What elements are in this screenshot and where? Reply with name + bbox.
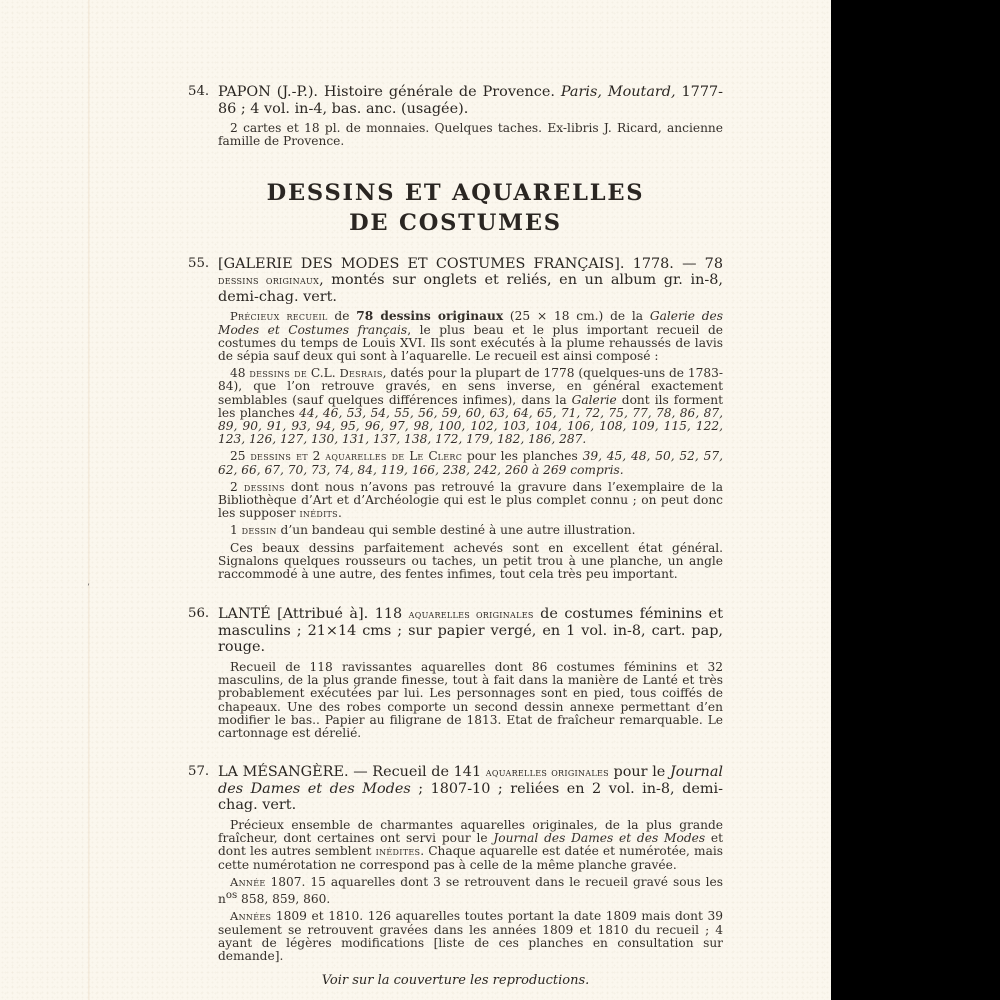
catalogue-entry-54: 54. PAPON (J.-P.). Histoire générale de …	[188, 84, 723, 149]
entry-notes: Précieux ensemble de charmantes aquarell…	[188, 819, 723, 963]
section-title-line1: DESSINS ET AQUARELLES	[188, 178, 723, 208]
entry-notes: Précieux recueil de 78 dessins originaux…	[188, 310, 723, 581]
entry-note-paragraph: 25 dessins et 2 aquarelles de Le Clerc p…	[218, 450, 723, 476]
entry-heading: [GALERIE DES MODES ET COSTUMES FRANÇAIS]…	[188, 256, 723, 306]
entry-number: 56.	[188, 606, 209, 622]
entry-note-paragraph: 2 cartes et 18 pl. de monnaies. Quelques…	[218, 122, 723, 148]
catalogue-entry-56: 56. LANTÉ [Attribué à]. 118 aquarelles o…	[188, 606, 723, 740]
right-black-band	[831, 0, 1000, 1000]
entry-notes: Recueil de 118 ravissantes aquarelles do…	[188, 661, 723, 740]
entry-note-paragraph: 2 dessins dont nous n’avons pas retrouvé…	[218, 481, 723, 521]
entry-note-paragraph: Recueil de 118 ravissantes aquarelles do…	[218, 661, 723, 740]
entry-heading: LA MÉSANGÈRE. — Recueil de 141 aquarelle…	[188, 764, 723, 814]
catalogue-content: 54. PAPON (J.-P.). Histoire générale de …	[188, 84, 723, 989]
section-title: DESSINS ET AQUARELLES DE COSTUMES	[188, 178, 723, 238]
catalogue-entry-57: 57. LA MÉSANGÈRE. — Recueil de 141 aquar…	[188, 764, 723, 963]
entry-heading: LANTÉ [Attribué à]. 118 aquarelles origi…	[188, 606, 723, 656]
margin-mark: ʼ	[87, 583, 90, 592]
catalogue-entry-55: 55. [GALERIE DES MODES ET COSTUMES FRANÇ…	[188, 256, 723, 582]
entry-note-paragraph: Précieux ensemble de charmantes aquarell…	[218, 819, 723, 872]
entry-note-paragraph: Années 1809 et 1810. 126 aquarelles tout…	[218, 910, 723, 963]
entry-notes: 2 cartes et 18 pl. de monnaies. Quelques…	[188, 122, 723, 148]
paper-page: ʼ 54. PAPON (J.-P.). Histoire générale d…	[0, 0, 831, 1000]
entry-note-paragraph: Année 1807. 15 aquarelles dont 3 se retr…	[218, 876, 723, 906]
entry-number: 54.	[188, 84, 209, 100]
entry-note-paragraph: Précieux recueil de 78 dessins originaux…	[218, 310, 723, 363]
entry-number: 55.	[188, 256, 209, 272]
footer-note: Voir sur la couverture les reproductions…	[188, 973, 723, 989]
entry-note-paragraph: Ces beaux dessins parfaitement achevés s…	[218, 542, 723, 582]
entry-note-paragraph: 48 dessins de C.L. Desrais, datés pour l…	[218, 367, 723, 446]
section-title-line2: DE COSTUMES	[188, 208, 723, 238]
entry-number: 57.	[188, 764, 209, 780]
entry-note-paragraph: 1 dessin d’un bandeau qui semble destiné…	[218, 524, 723, 537]
entry-heading: PAPON (J.-P.). Histoire générale de Prov…	[188, 84, 723, 117]
page-fold-line	[88, 0, 90, 1000]
